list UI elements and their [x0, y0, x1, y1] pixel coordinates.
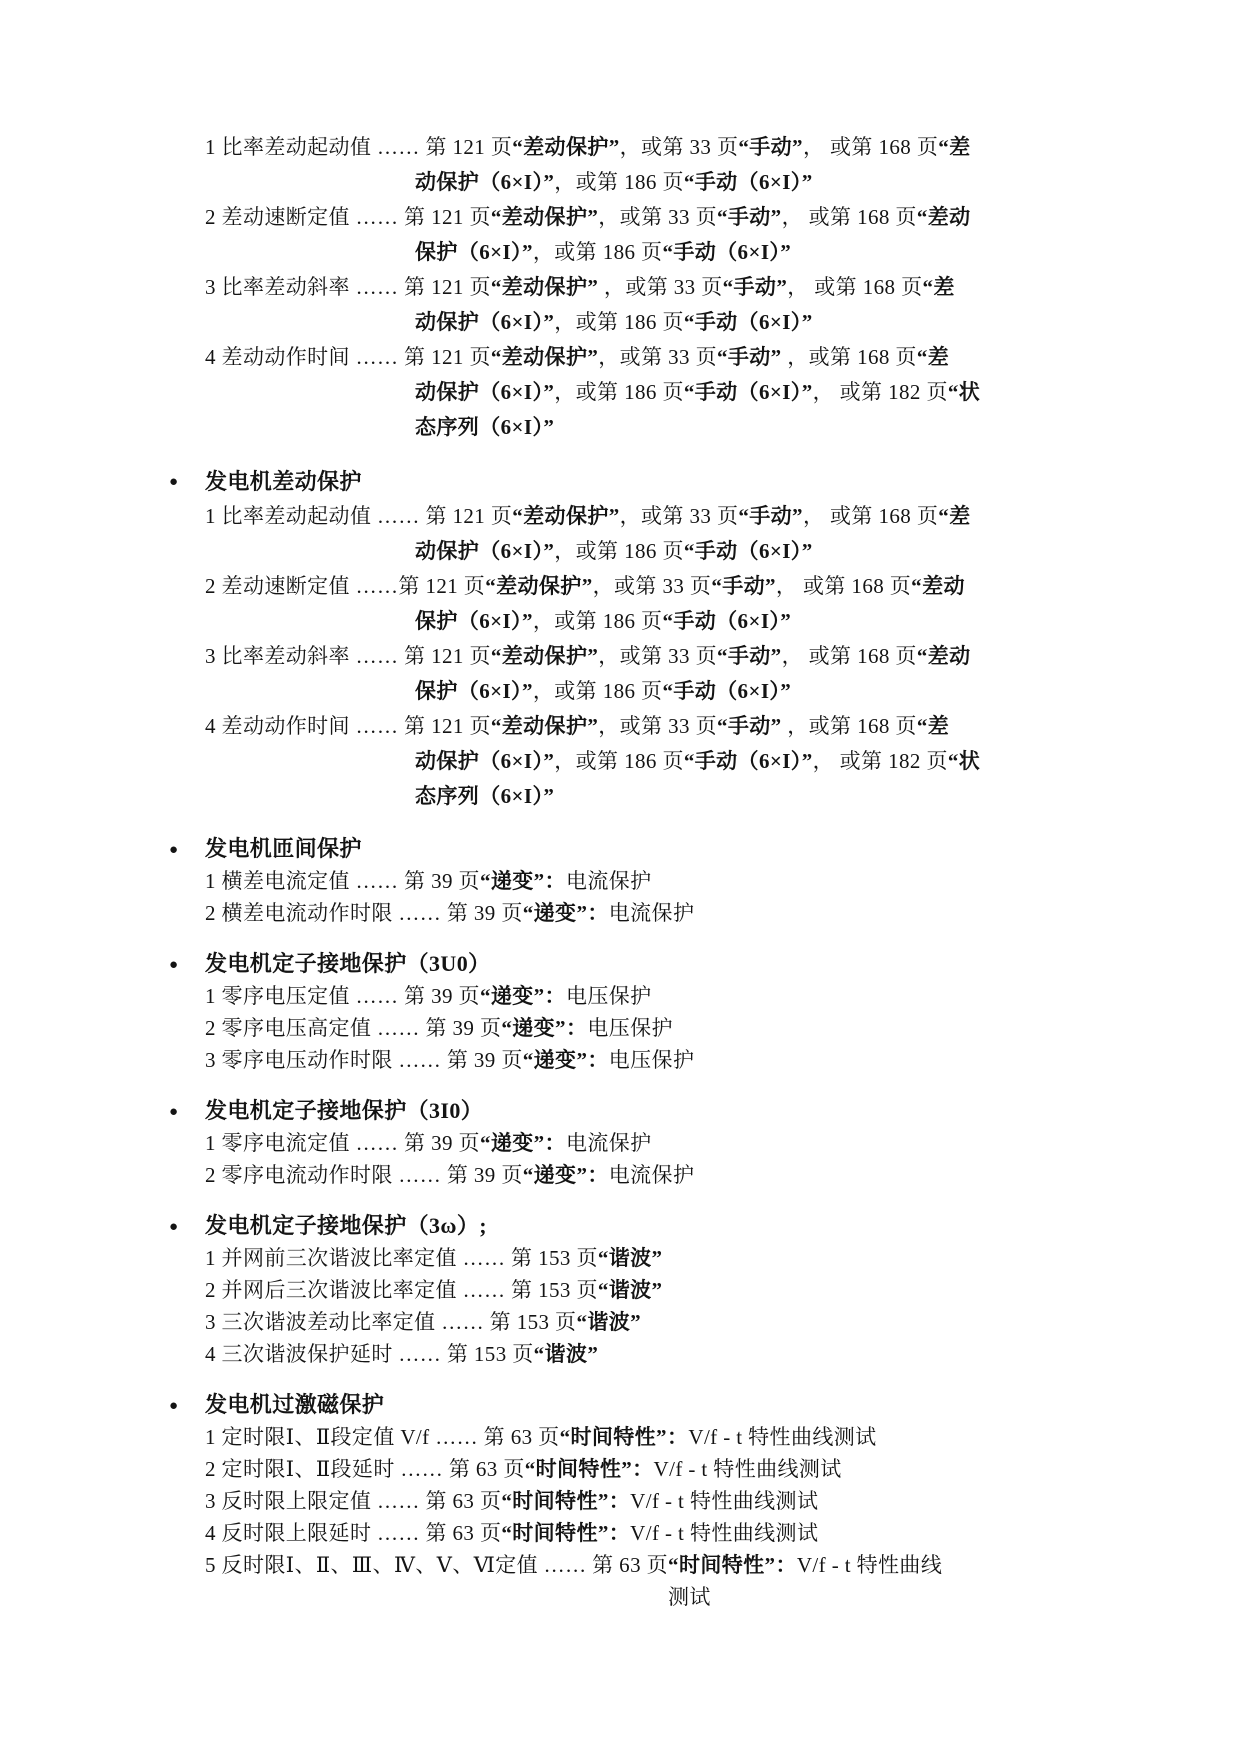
- bold-text-run: “手动”: [738, 135, 803, 159]
- bold-text-run: 动保护（6×I）”: [415, 380, 554, 404]
- text-run: ，或第 168 页: [782, 345, 917, 369]
- text-run: 1 比率差动起动值 …… 第 121 页: [205, 504, 512, 528]
- text-run: 1 零序电流定值 …… 第 39 页: [205, 1131, 480, 1155]
- item-line: 保护（6×I）”，或第 186 页“手动（6×I）”: [205, 235, 1005, 270]
- text-run: ，或第 186 页: [533, 679, 663, 703]
- item-line: 1 定时限Ⅰ、Ⅱ段定值 V/f …… 第 63 页“时间特性”：V/f - t …: [205, 1421, 1005, 1453]
- bold-text-run: “手动”: [717, 644, 782, 668]
- text-run: 电压保护: [587, 1016, 673, 1040]
- section-heading: 发电机过激磁保护: [205, 1392, 384, 1417]
- text-run: ， 或第 182 页: [813, 749, 948, 773]
- text-run: 3 零序电压动作时限 …… 第 39 页: [205, 1048, 523, 1072]
- bold-text-run: “手动（6×I）”: [684, 310, 813, 334]
- bold-text-run: “手动”: [723, 275, 788, 299]
- text-run: 3 三次谐波差动比率定值 …… 第 153 页: [205, 1310, 576, 1334]
- bold-text-run: “差动: [911, 574, 965, 598]
- doc-section: ●发电机差动保护1 比率差动起动值 …… 第 121 页“差动保护”，或第 33…: [205, 464, 1005, 814]
- item-line: 4 反时限上限延时 …… 第 63 页“时间特性”：V/f - t 特性曲线测试: [205, 1517, 1005, 1549]
- text-run: 电压保护: [609, 1048, 695, 1072]
- bold-text-run: “时间特性”：: [525, 1457, 654, 1481]
- bold-text-run: 动保护（6×I）”: [415, 539, 554, 563]
- bold-text-run: 保护（6×I）”: [415, 679, 533, 703]
- text-run: ， 或第 168 页: [803, 135, 938, 159]
- bullet-icon: ●: [169, 465, 178, 500]
- list-item: 3 反时限上限定值 …… 第 63 页“时间特性”：V/f - t 特性曲线测试: [205, 1485, 1005, 1517]
- bold-text-run: “递变”：: [501, 1016, 587, 1040]
- bold-text-run: “时间特性”：: [501, 1521, 630, 1545]
- text-run: ，或第 33 页: [598, 644, 717, 668]
- bold-text-run: “差动保护”: [491, 714, 598, 738]
- item-line: 2 并网后三次谐波比率定值 …… 第 153 页“谐波”: [205, 1274, 1005, 1306]
- bold-text-run: 动保护（6×I）”: [415, 749, 554, 773]
- text-run: 2 零序电压高定值 …… 第 39 页: [205, 1016, 501, 1040]
- text-run: ， 或第 168 页: [782, 205, 917, 229]
- item-line: 5 反时限Ⅰ、Ⅱ、Ⅲ、Ⅳ、Ⅴ、Ⅵ定值 …… 第 63 页“时间特性”：V/f -…: [205, 1549, 1005, 1581]
- item-line: 3 三次谐波差动比率定值 …… 第 153 页“谐波”: [205, 1306, 1005, 1338]
- text-run: 1 比率差动起动值 …… 第 121 页: [205, 135, 512, 159]
- bold-text-run: “差: [917, 714, 949, 738]
- item-line: 测试: [205, 1581, 1005, 1613]
- document-content: 1 比率差动起动值 …… 第 121 页“差动保护”，或第 33 页“手动”， …: [205, 130, 1005, 1613]
- doc-section: 1 比率差动起动值 …… 第 121 页“差动保护”，或第 33 页“手动”， …: [205, 130, 1005, 445]
- text-run: 电流保护: [566, 1131, 652, 1155]
- text-run: 4 差动动作时间 …… 第 121 页: [205, 345, 491, 369]
- list-item: 3 零序电压动作时限 …… 第 39 页“递变”：电压保护: [205, 1044, 1005, 1076]
- item-line: 动保护（6×I）”，或第 186 页“手动（6×I）”， 或第 182 页“状: [205, 744, 1005, 779]
- bold-text-run: “时间特性”：: [668, 1553, 797, 1577]
- list-item: 3 比率差动斜率 …… 第 121 页“差动保护” ，或第 33 页“手动”， …: [205, 270, 1005, 340]
- item-line: 1 并网前三次谐波比率定值 …… 第 153 页“谐波”: [205, 1242, 1005, 1274]
- doc-section: ●发电机定子接地保护（3ω）;1 并网前三次谐波比率定值 …… 第 153 页“…: [205, 1210, 1005, 1370]
- text-run: ，或第 33 页: [598, 205, 717, 229]
- list-item: 1 比率差动起动值 …… 第 121 页“差动保护”，或第 33 页“手动”， …: [205, 499, 1005, 569]
- bold-text-run: “时间特性”：: [501, 1489, 630, 1513]
- list-item: 2 横差电流动作时限 …… 第 39 页“递变”：电流保护: [205, 897, 1005, 929]
- item-line: 3 比率差动斜率 …… 第 121 页“差动保护” ，或第 33 页“手动”， …: [205, 270, 1005, 305]
- text-run: 测试: [668, 1585, 711, 1609]
- bold-text-run: “差: [938, 504, 970, 528]
- text-run: ，或第 186 页: [554, 170, 684, 194]
- item-line: 4 差动动作时间 …… 第 121 页“差动保护”，或第 33 页“手动” ，或…: [205, 709, 1005, 744]
- item-line: 1 比率差动起动值 …… 第 121 页“差动保护”，或第 33 页“手动”， …: [205, 499, 1005, 534]
- text-run: 2 差动速断定值 …… 第 121 页: [205, 205, 491, 229]
- text-run: ， 或第 168 页: [776, 574, 911, 598]
- text-run: ，或第 186 页: [554, 310, 684, 334]
- item-line: 1 零序电压定值 …… 第 39 页“递变”：电压保护: [205, 980, 1005, 1012]
- item-line: 保护（6×I）”，或第 186 页“手动（6×I）”: [205, 674, 1005, 709]
- text-run: ，或第 186 页: [533, 240, 663, 264]
- text-run: 1 定时限Ⅰ、Ⅱ段定值 V/f …… 第 63 页: [205, 1425, 560, 1449]
- text-run: ，或第 186 页: [533, 609, 663, 633]
- bold-text-run: “谐波”: [598, 1278, 663, 1302]
- item-line: 4 三次谐波保护延时 …… 第 153 页“谐波”: [205, 1338, 1005, 1370]
- text-run: 4 反时限上限延时 …… 第 63 页: [205, 1521, 501, 1545]
- text-run: ， 或第 182 页: [813, 380, 948, 404]
- text-run: 2 并网后三次谐波比率定值 …… 第 153 页: [205, 1278, 598, 1302]
- bold-text-run: “差动保护”: [491, 345, 598, 369]
- section-heading: 发电机定子接地保护（3I0）: [205, 1098, 483, 1123]
- list-item: 1 比率差动起动值 …… 第 121 页“差动保护”，或第 33 页“手动”， …: [205, 130, 1005, 200]
- bold-text-run: 动保护（6×I）”: [415, 170, 554, 194]
- document-page: 1 比率差动起动值 …… 第 121 页“差动保护”，或第 33 页“手动”， …: [0, 0, 1240, 1755]
- item-line: 2 定时限Ⅰ、Ⅱ段延时 …… 第 63 页“时间特性”：V/f - t 特性曲线…: [205, 1453, 1005, 1485]
- section-heading-row: ●发电机定子接地保护（3U0）: [205, 948, 1005, 980]
- text-run: V/f - t 特性曲线测试: [630, 1521, 818, 1545]
- section-heading-row: ●发电机过激磁保护: [205, 1389, 1005, 1421]
- bold-text-run: 态序列（6×I）”: [415, 415, 554, 439]
- text-run: 2 零序电流动作时限 …… 第 39 页: [205, 1163, 523, 1187]
- text-run: 1 横差电流定值 …… 第 39 页: [205, 869, 480, 893]
- text-run: ，或第 186 页: [554, 380, 684, 404]
- item-line: 4 差动动作时间 …… 第 121 页“差动保护”，或第 33 页“手动” ，或…: [205, 340, 1005, 375]
- bold-text-run: “差: [938, 135, 970, 159]
- text-run: 1 并网前三次谐波比率定值 …… 第 153 页: [205, 1246, 598, 1270]
- text-run: 3 反时限上限定值 …… 第 63 页: [205, 1489, 501, 1513]
- text-run: V/f - t 特性曲线测试: [654, 1457, 842, 1481]
- bold-text-run: “差动保护”: [491, 275, 598, 299]
- section-heading-row: ●发电机定子接地保护（3ω）;: [205, 1210, 1005, 1242]
- list-item: 1 定时限Ⅰ、Ⅱ段定值 V/f …… 第 63 页“时间特性”：V/f - t …: [205, 1421, 1005, 1453]
- bold-text-run: “差: [922, 275, 954, 299]
- bullet-icon: ●: [169, 834, 178, 866]
- item-line: 动保护（6×I）”，或第 186 页“手动（6×I）”， 或第 182 页“状: [205, 375, 1005, 410]
- bold-text-run: “差动: [917, 644, 971, 668]
- text-run: ，或第 186 页: [554, 539, 684, 563]
- list-item: 2 差动速断定值 ……第 121 页“差动保护”，或第 33 页“手动”， 或第…: [205, 569, 1005, 639]
- list-item: 5 反时限Ⅰ、Ⅱ、Ⅲ、Ⅳ、Ⅴ、Ⅵ定值 …… 第 63 页“时间特性”：V/f -…: [205, 1549, 1005, 1613]
- bold-text-run: “时间特性”：: [560, 1425, 689, 1449]
- bold-text-run: “手动”: [711, 574, 776, 598]
- list-item: 3 三次谐波差动比率定值 …… 第 153 页“谐波”: [205, 1306, 1005, 1338]
- item-line: 1 横差电流定值 …… 第 39 页“递变”：电流保护: [205, 865, 1005, 897]
- doc-section: ●发电机定子接地保护（3U0）1 零序电压定值 …… 第 39 页“递变”：电压…: [205, 948, 1005, 1076]
- text-run: V/f - t 特性曲线测试: [630, 1489, 818, 1513]
- list-item: 4 差动动作时间 …… 第 121 页“差动保护”，或第 33 页“手动” ，或…: [205, 709, 1005, 814]
- text-run: ，或第 33 页: [598, 345, 717, 369]
- bold-text-run: “递变”：: [523, 1048, 609, 1072]
- bullet-icon: ●: [169, 1096, 178, 1128]
- bold-text-run: “谐波”: [576, 1310, 641, 1334]
- text-run: 2 定时限Ⅰ、Ⅱ段延时 …… 第 63 页: [205, 1457, 525, 1481]
- text-run: ，或第 33 页: [598, 714, 717, 738]
- bullet-icon: ●: [169, 949, 178, 981]
- text-run: ，或第 33 页: [593, 574, 712, 598]
- list-item: 1 零序电流定值 …… 第 39 页“递变”：电流保护: [205, 1127, 1005, 1159]
- item-line: 2 零序电流动作时限 …… 第 39 页“递变”：电流保护: [205, 1159, 1005, 1191]
- item-line: 动保护（6×I）”，或第 186 页“手动（6×I）”: [205, 165, 1005, 200]
- text-run: 电流保护: [609, 901, 695, 925]
- text-run: 2 差动速断定值 ……第 121 页: [205, 574, 485, 598]
- bold-text-run: “手动（6×I）”: [684, 380, 813, 404]
- section-heading: 发电机差动保护: [205, 469, 362, 494]
- bold-text-run: “手动（6×I）”: [684, 749, 813, 773]
- bold-text-run: “差动保护”: [491, 644, 598, 668]
- text-run: 电流保护: [609, 1163, 695, 1187]
- item-line: 态序列（6×I）”: [205, 410, 1005, 445]
- bold-text-run: “手动（6×I）”: [684, 170, 813, 194]
- text-run: ，或第 33 页: [620, 504, 739, 528]
- text-run: 电流保护: [566, 869, 652, 893]
- item-line: 3 零序电压动作时限 …… 第 39 页“递变”：电压保护: [205, 1044, 1005, 1076]
- bold-text-run: “差动保护”: [512, 504, 619, 528]
- list-item: 4 差动动作时间 …… 第 121 页“差动保护”，或第 33 页“手动” ，或…: [205, 340, 1005, 445]
- item-line: 1 比率差动起动值 …… 第 121 页“差动保护”，或第 33 页“手动”， …: [205, 130, 1005, 165]
- item-line: 态序列（6×I）”: [205, 779, 1005, 814]
- bold-text-run: 动保护（6×I）”: [415, 310, 554, 334]
- text-run: ， 或第 168 页: [803, 504, 938, 528]
- text-run: ，或第 186 页: [554, 749, 684, 773]
- list-item: 2 零序电流动作时限 …… 第 39 页“递变”：电流保护: [205, 1159, 1005, 1191]
- section-heading-row: ●发电机匝间保护: [205, 833, 1005, 865]
- bold-text-run: “递变”：: [480, 869, 566, 893]
- bold-text-run: “手动（6×I）”: [662, 240, 791, 264]
- doc-section: ●发电机过激磁保护1 定时限Ⅰ、Ⅱ段定值 V/f …… 第 63 页“时间特性”…: [205, 1389, 1005, 1613]
- bold-text-run: 态序列（6×I）”: [415, 784, 554, 808]
- bold-text-run: “递变”：: [523, 901, 609, 925]
- text-run: ， 或第 168 页: [787, 275, 922, 299]
- item-line: 动保护（6×I）”，或第 186 页“手动（6×I）”: [205, 534, 1005, 569]
- bold-text-run: “手动”: [717, 345, 782, 369]
- bold-text-run: “差: [917, 345, 949, 369]
- item-line: 3 比率差动斜率 …… 第 121 页“差动保护”，或第 33 页“手动”， 或…: [205, 639, 1005, 674]
- text-run: ， 或第 168 页: [782, 644, 917, 668]
- list-item: 4 反时限上限延时 …… 第 63 页“时间特性”：V/f - t 特性曲线测试: [205, 1517, 1005, 1549]
- item-line: 2 差动速断定值 …… 第 121 页“差动保护”，或第 33 页“手动”， 或…: [205, 200, 1005, 235]
- text-run: 1 零序电压定值 …… 第 39 页: [205, 984, 480, 1008]
- section-heading-row: ●发电机定子接地保护（3I0）: [205, 1095, 1005, 1127]
- text-run: V/f - t 特性曲线: [797, 1553, 942, 1577]
- bold-text-run: “谐波”: [598, 1246, 663, 1270]
- text-run: 4 差动动作时间 …… 第 121 页: [205, 714, 491, 738]
- bold-text-run: “状: [948, 749, 980, 773]
- list-item: 4 三次谐波保护延时 …… 第 153 页“谐波”: [205, 1338, 1005, 1370]
- section-heading: 发电机定子接地保护（3U0）: [205, 951, 491, 976]
- text-run: 3 比率差动斜率 …… 第 121 页: [205, 644, 491, 668]
- item-line: 1 零序电流定值 …… 第 39 页“递变”：电流保护: [205, 1127, 1005, 1159]
- bold-text-run: “手动”: [717, 714, 782, 738]
- bold-text-run: “差动: [917, 205, 971, 229]
- bold-text-run: “递变”：: [480, 984, 566, 1008]
- text-run: V/f - t 特性曲线测试: [688, 1425, 876, 1449]
- bold-text-run: “手动”: [717, 205, 782, 229]
- item-line: 2 横差电流动作时限 …… 第 39 页“递变”：电流保护: [205, 897, 1005, 929]
- item-line: 动保护（6×I）”，或第 186 页“手动（6×I）”: [205, 305, 1005, 340]
- doc-section: ●发电机定子接地保护（3I0）1 零序电流定值 …… 第 39 页“递变”：电流…: [205, 1095, 1005, 1191]
- bold-text-run: “手动（6×I）”: [662, 609, 791, 633]
- doc-section: ●发电机匝间保护1 横差电流定值 …… 第 39 页“递变”：电流保护2 横差电…: [205, 833, 1005, 929]
- section-heading: 发电机匝间保护: [205, 836, 362, 861]
- bold-text-run: “谐波”: [534, 1342, 599, 1366]
- section-heading: 发电机定子接地保护（3ω）;: [205, 1213, 487, 1238]
- bold-text-run: “差动保护”: [512, 135, 619, 159]
- bold-text-run: “差动保护”: [491, 205, 598, 229]
- text-run: ，或第 33 页: [598, 275, 722, 299]
- section-heading-row: ●发电机差动保护: [205, 464, 1005, 499]
- item-line: 2 零序电压高定值 …… 第 39 页“递变”：电压保护: [205, 1012, 1005, 1044]
- bold-text-run: “状: [948, 380, 980, 404]
- item-line: 保护（6×I）”，或第 186 页“手动（6×I）”: [205, 604, 1005, 639]
- list-item: 2 并网后三次谐波比率定值 …… 第 153 页“谐波”: [205, 1274, 1005, 1306]
- list-item: 1 零序电压定值 …… 第 39 页“递变”：电压保护: [205, 980, 1005, 1012]
- bullet-icon: ●: [169, 1211, 178, 1243]
- item-line: 2 差动速断定值 ……第 121 页“差动保护”，或第 33 页“手动”， 或第…: [205, 569, 1005, 604]
- list-item: 3 比率差动斜率 …… 第 121 页“差动保护”，或第 33 页“手动”， 或…: [205, 639, 1005, 709]
- bold-text-run: “递变”：: [480, 1131, 566, 1155]
- text-run: 3 比率差动斜率 …… 第 121 页: [205, 275, 491, 299]
- bold-text-run: “递变”：: [523, 1163, 609, 1187]
- bold-text-run: “手动（6×I）”: [684, 539, 813, 563]
- text-run: ，或第 168 页: [782, 714, 917, 738]
- bold-text-run: “差动保护”: [485, 574, 592, 598]
- text-run: 4 三次谐波保护延时 …… 第 153 页: [205, 1342, 534, 1366]
- list-item: 2 定时限Ⅰ、Ⅱ段延时 …… 第 63 页“时间特性”：V/f - t 特性曲线…: [205, 1453, 1005, 1485]
- list-item: 1 横差电流定值 …… 第 39 页“递变”：电流保护: [205, 865, 1005, 897]
- list-item: 2 差动速断定值 …… 第 121 页“差动保护”，或第 33 页“手动”， 或…: [205, 200, 1005, 270]
- bold-text-run: “手动（6×I）”: [662, 679, 791, 703]
- list-item: 2 零序电压高定值 …… 第 39 页“递变”：电压保护: [205, 1012, 1005, 1044]
- text-run: 2 横差电流动作时限 …… 第 39 页: [205, 901, 523, 925]
- bold-text-run: 保护（6×I）”: [415, 240, 533, 264]
- bold-text-run: 保护（6×I）”: [415, 609, 533, 633]
- bold-text-run: “手动”: [738, 504, 803, 528]
- text-run: 电压保护: [566, 984, 652, 1008]
- bullet-icon: ●: [169, 1390, 178, 1422]
- item-line: 3 反时限上限定值 …… 第 63 页“时间特性”：V/f - t 特性曲线测试: [205, 1485, 1005, 1517]
- text-run: ，或第 33 页: [620, 135, 739, 159]
- text-run: 5 反时限Ⅰ、Ⅱ、Ⅲ、Ⅳ、Ⅴ、Ⅵ定值 …… 第 63 页: [205, 1553, 668, 1577]
- list-item: 1 并网前三次谐波比率定值 …… 第 153 页“谐波”: [205, 1242, 1005, 1274]
